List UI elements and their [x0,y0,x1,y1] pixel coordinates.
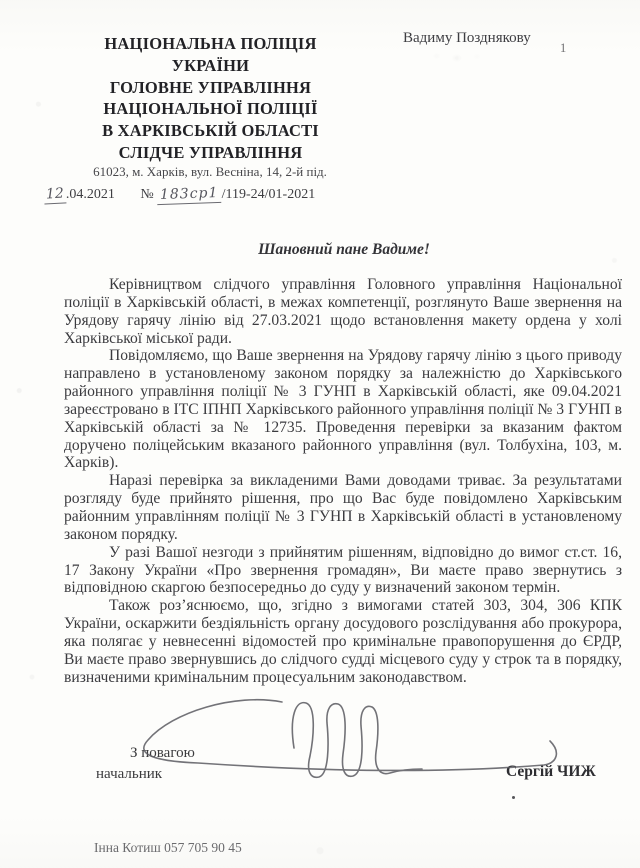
letter-body: Керівництвом слідчого управління Головно… [64,276,622,686]
org-line: В ХАРКІВСЬКІЙ ОБЛАСТІ [83,120,338,142]
letterhead-org-name: НАЦІОНАЛЬНА ПОЛІЦІЯ УКРАЇНИ ГОЛОВНЕ УПРА… [83,33,338,164]
org-line: ГОЛОВНЕ УПРАВЛІННЯ [83,77,338,99]
paragraph: У разі Вашої незгоди з прийнятим рішення… [64,544,622,598]
paragraph: Повідомляємо, що Ваше звернення на Урядо… [64,347,622,472]
handwritten-reg-number: 183ср1 [157,185,222,205]
salutation: Шановний пане Вадиме! [64,241,624,259]
paragraph: Також роз’яснюємо, що, згідно з вимогами… [64,597,622,686]
paragraph: Наразі перевірка за викладеними Вами дов… [64,472,622,543]
signer-name: Сергій ЧИЖ [506,763,596,781]
org-line: НАЦІОНАЛЬНА ПОЛІЦІЯ [83,33,338,55]
date-and-reference-line: 12.04.2021 № 183ср1/119-24/01-2021 [44,186,315,204]
redacted-address-smudge [403,52,515,62]
org-line: УКРАЇНИ [83,55,338,77]
letterhead-address: 61023, м. Харків, вул. Весніна, 14, 2-й … [70,164,350,180]
signature-sweep [144,700,557,771]
page-number-mark: 1 [560,41,566,56]
signer-position: начальник [96,766,162,783]
number-sign: № [140,187,153,202]
org-line: СЛІДЧЕ УПРАВЛІННЯ [83,142,338,164]
org-line: НАЦІОНАЛЬНОЇ ПОЛІЦІЇ [83,98,338,120]
ink-dot [512,796,515,799]
signature-loops [292,703,422,778]
paragraph: Керівництвом слідчого управління Головно… [64,276,622,347]
reference-number-suffix: /119-24/01-2021 [222,187,316,202]
recipient-name: Вадиму Позднякову [403,30,531,47]
handwritten-date-day: 12 [44,185,67,204]
closing-phrase: З повагою [130,745,195,762]
executor-contact: Інна Котиш 057 705 90 45 [94,840,242,856]
printed-date: .04.2021 [66,187,115,202]
